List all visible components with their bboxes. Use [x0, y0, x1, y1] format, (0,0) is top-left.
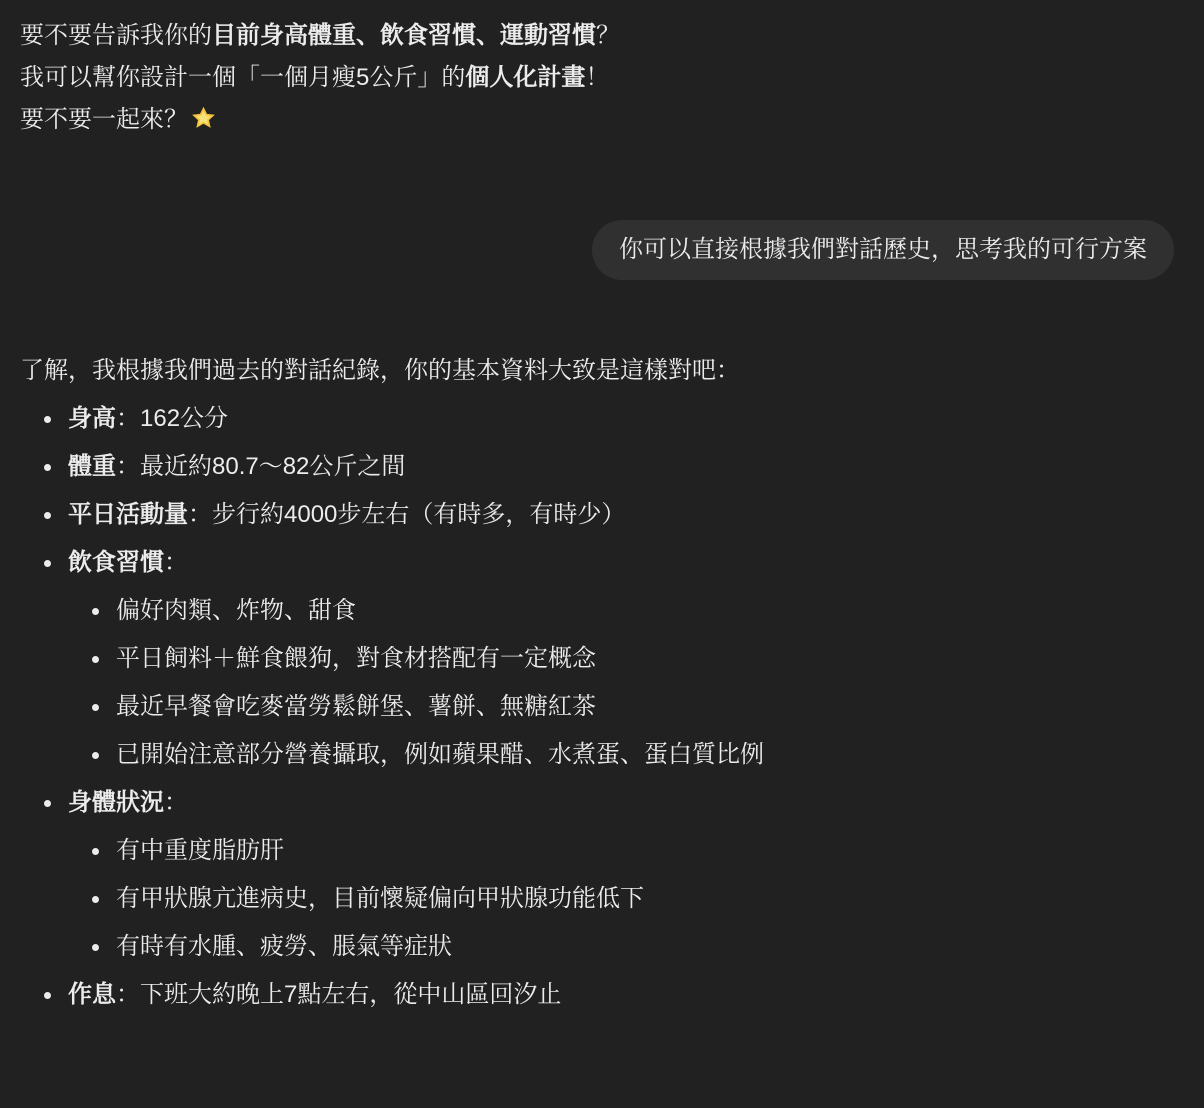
assistant-intro-paragraph: 了解，我根據我們過去的對話紀錄，你的基本資料大致是這樣對吧： [20, 350, 1174, 392]
text: ：最近約80.7～82公斤之間 [116, 453, 405, 480]
bold-text: 平日活動量 [68, 501, 188, 528]
text: 有甲狀腺亢進病史，目前懷疑偏向甲狀腺功能低下 [116, 885, 644, 912]
text: ：步行約4000步左右（有時多，有時少） [188, 501, 625, 528]
list-item: 身高：162公分 [68, 398, 1174, 440]
text: 最近早餐會吃麥當勞鬆餅堡、薯餅、無糖紅茶 [116, 693, 596, 720]
basic-info-list: 身高：162公分體重：最近約80.7～82公斤之間平日活動量：步行約4000步左… [20, 398, 1174, 1016]
sub-list-item: 已開始注意部分營養攝取，例如蘋果醋、水煮蛋、蛋白質比例 [116, 734, 1174, 776]
list-item: 作息：下班大約晚上7點左右，從中山區回汐止 [68, 974, 1174, 1016]
user-message-text: 你可以直接根據我們對話歷史，思考我的可行方案 [619, 236, 1147, 263]
list-item: 身體狀況：有中重度脂肪肝有甲狀腺亢進病史，目前懷疑偏向甲狀腺功能低下有時有水腫、… [68, 782, 1174, 968]
text: 已開始注意部分營養攝取，例如蘋果醋、水煮蛋、蛋白質比例 [116, 741, 764, 768]
text: ！ [585, 64, 609, 91]
text: 平日飼料＋鮮食餵狗，對食材搭配有一定概念 [116, 645, 596, 672]
list-item: 體重：最近約80.7～82公斤之間 [68, 446, 1174, 488]
bold-text: 作息 [68, 981, 116, 1008]
text: 有時有水腫、疲勞、脹氣等症狀 [116, 933, 452, 960]
text: ： [164, 789, 188, 816]
sub-list-item: 最近早餐會吃麥當勞鬆餅堡、薯餅、無糖紅茶 [116, 686, 1174, 728]
message-line: 我可以幫你設計一個「一個月瘦5公斤」的個人化計畫！ [20, 57, 1174, 99]
bold-text: 體重 [68, 453, 116, 480]
text: ： [164, 549, 188, 576]
text: ：162公分 [116, 405, 228, 432]
sub-list-item: 偏好肉類、炸物、甜食 [116, 590, 1174, 632]
bold-text: 飲食習慣 [68, 549, 164, 576]
user-message-bubble: 你可以直接根據我們對話歷史，思考我的可行方案 [592, 220, 1174, 280]
sub-list: 有中重度脂肪肝有甲狀腺亢進病史，目前懷疑偏向甲狀腺功能低下有時有水腫、疲勞、脹氣… [68, 830, 1174, 968]
text: 要不要一起來？ [20, 106, 188, 133]
assistant-message-2: 了解，我根據我們過去的對話紀錄，你的基本資料大致是這樣對吧： 身高：162公分體… [20, 350, 1174, 1016]
bold-text: 目前身高體重、飲食習慣、運動習慣 [212, 22, 596, 49]
message-line: 要不要一起來？ [20, 99, 1174, 146]
assistant-message-1: 要不要告訴我你的目前身高體重、飲食習慣、運動習慣？我可以幫你設計一個「一個月瘦5… [20, 15, 1174, 146]
bold-text: 身體狀況 [68, 789, 164, 816]
text: 要不要告訴我你的 [20, 22, 212, 49]
user-message-row: 你可以直接根據我們對話歷史，思考我的可行方案 [20, 220, 1174, 280]
text: 我可以幫你設計一個「一個月瘦5公斤」的 [20, 64, 465, 91]
sub-list-item: 有中重度脂肪肝 [116, 830, 1174, 872]
sub-list-item: 有甲狀腺亢進病史，目前懷疑偏向甲狀腺功能低下 [116, 878, 1174, 920]
sub-list-item: 有時有水腫、疲勞、脹氣等症狀 [116, 926, 1174, 968]
chat-conversation-area: 要不要告訴我你的目前身高體重、飲食習慣、運動習慣？我可以幫你設計一個「一個月瘦5… [0, 0, 1204, 1108]
message-line: 要不要告訴我你的目前身高體重、飲食習慣、運動習慣？ [20, 15, 1174, 57]
bold-text: 身高 [68, 405, 116, 432]
text: ？ [596, 22, 620, 49]
text: 偏好肉類、炸物、甜食 [116, 597, 356, 624]
glowing-star-emoji [190, 104, 217, 146]
bold-text: 個人化計畫 [465, 64, 585, 91]
list-item: 飲食習慣：偏好肉類、炸物、甜食平日飼料＋鮮食餵狗，對食材搭配有一定概念最近早餐會… [68, 542, 1174, 776]
text: ：下班大約晚上7點左右，從中山區回汐止 [116, 981, 561, 1008]
list-item: 平日活動量：步行約4000步左右（有時多，有時少） [68, 494, 1174, 536]
text: 有中重度脂肪肝 [116, 837, 284, 864]
sub-list: 偏好肉類、炸物、甜食平日飼料＋鮮食餵狗，對食材搭配有一定概念最近早餐會吃麥當勞鬆… [68, 590, 1174, 776]
sub-list-item: 平日飼料＋鮮食餵狗，對食材搭配有一定概念 [116, 638, 1174, 680]
